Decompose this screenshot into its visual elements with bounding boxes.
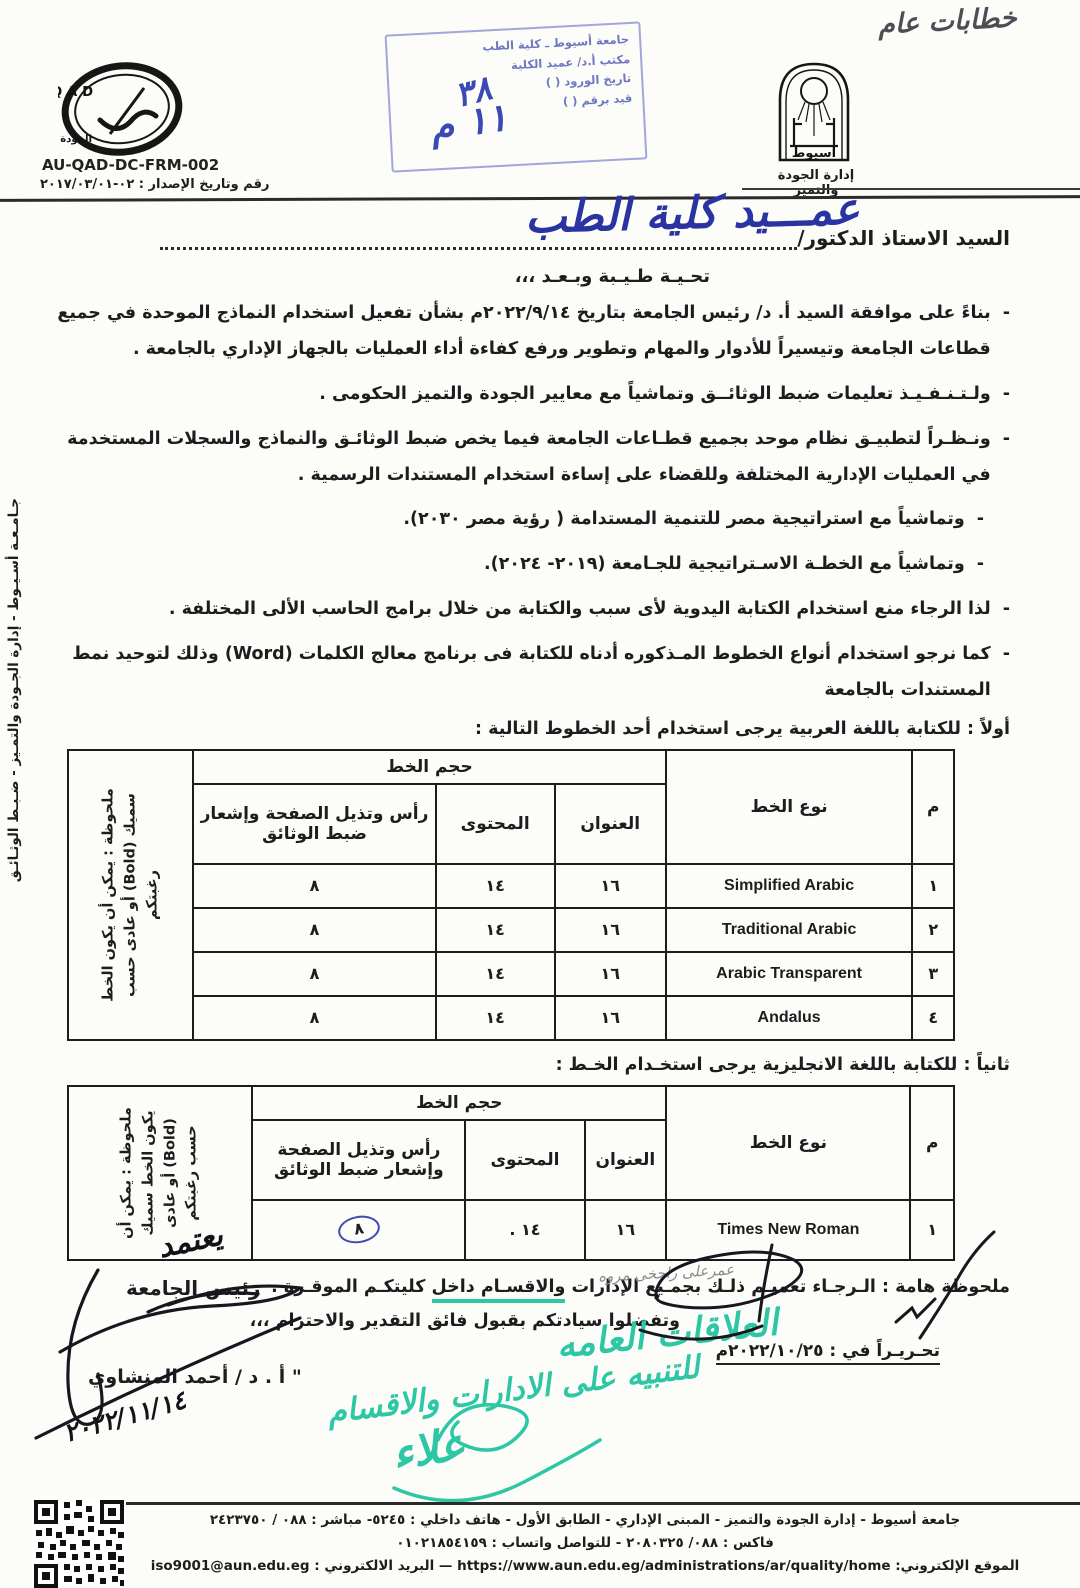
col-header-content: المحتوى [436,784,555,864]
col-header-font-size-group: حجم الخط [252,1086,666,1120]
col-header-no: م [910,1086,954,1200]
table-row: ٢ Traditional Arabic ١٦ ١٤ ٨ [68,908,954,952]
bullet-dash: - [977,502,984,538]
footer-web-line: الموقع الإلكتروني: https://www.aun.edu.e… [150,1558,1020,1574]
bullet-dash: - [1003,422,1010,494]
qr-code [32,1498,126,1588]
site-url: https://www.aun.edu.eg/administrations/a… [457,1558,890,1574]
footer-fax-line: فاكس : ٠٨٨/ ٢٠٨٠٣٢٥ - للتواصل واتساب : ٠… [150,1535,1020,1551]
col-header-font-size-group: حجم الخط [193,750,665,784]
bullet-text: بناءً على موافقة السيد أ. د/ رئيس الجامع… [40,296,991,368]
table-row: ٣ Arabic Transparent ١٦ ١٤ ٨ [68,952,954,996]
site-label: الموقع الإلكتروني: [895,1558,1019,1574]
arabic-fonts-table: م نوع الخط حجم الخط ملحوظة : يمكن أن يكو… [67,749,955,1041]
issued-date-line: تحـريـراً في : ٢٠٢٢/١٠/٢٥م [40,1341,940,1361]
bullet-text: وتماشياً مع استراتيجية مصر للتنمية المست… [403,502,964,538]
bullet-text: ونـظـراً لتطبيـق نظام موحد بجميع قطـاعات… [40,422,991,494]
bullet-text: لذا الرجاء منع استخدام الكتابة اليدوية ل… [169,592,991,628]
bullet-text: ولـتـنـفـيـذ تعليمات ضبط الوثائــق وتماش… [319,377,991,413]
col-header-content: المحتوى [465,1120,584,1200]
bullet-dash: - [1003,592,1010,628]
bullet-item: - لذا الرجاء منع استخدام الكتابة اليدوية… [40,592,1010,628]
bullet-item: - ونـظـراً لتطبيـق نظام موحد بجميع قطـاع… [40,422,1010,494]
email-address: iso9001@aun.edu.eg [151,1558,310,1574]
addressee-row: السيد الاستاذ الدكتور/ عمـــيد كلية الطب [40,204,1010,250]
addressee-handwritten: عمـــيد كلية الطب [525,184,861,244]
margin-vertical-text: جـامـعـة أسـيـوط - إدارة الجـودة والتمـي… [6,498,22,918]
greeting: تحـيـة طـيـبة وبـعـد ،،، [40,266,710,287]
col-header-header-footer: رأس وتذيل الصفحة وإشعار ضبط الوثائق [252,1120,465,1200]
issue-number-line: رقم وتاريخ الإصدار : ٠٢-٢٠١٧/٠٣/٠١ [40,177,269,192]
table-note-cell: ملحوظة : يمكن أن يكون الخط سميك (Bold) أ… [68,750,193,1040]
bullet-dash: - [1003,637,1010,709]
president-title: رئيس الجامعة [126,1276,261,1300]
handwritten-archive-note: خطابات عام [877,2,1017,40]
bullet-text: وتماشياً مع الخطـة الاسـتراتيجية للجـامع… [484,547,965,583]
bullet-item: - ولـتـنـفـيـذ تعليمات ضبط الوثائــق وتم… [40,377,1010,413]
bullet-item: - وتماشياً مع الخطـة الاسـتراتيجية للجـا… [40,547,984,583]
form-code: AU-QAD-DC-FRM-002 [42,156,219,174]
section-title-arabic-fonts: أولاً : للكتابة باللغة العربية يرجى استخ… [40,719,1010,739]
table-row: ١ Simplified Arabic ١٦ ١٤ ٨ [68,864,954,908]
scanned-letter-page: QAD الجودة والتميز AU-QAD-DC-FRM-002 رقم… [0,0,1080,1588]
bullet-text: كما نرجو استخدام أنواع الخطوط المـذكوره … [40,637,991,709]
university-logo: اسيوط [772,58,856,164]
letter-body: السيد الاستاذ الدكتور/ عمـــيد كلية الطب… [40,204,1010,1361]
university-logo-text: اسيوط [792,146,836,161]
teal-underlined-text: والاقسـام داخل [432,1277,566,1303]
col-header-font-type: نوع الخط [666,1086,910,1200]
table-note-text: ملحوظة : يمكن أن يكون الخط سميك (Bold) أ… [98,770,163,1020]
bullet-dash: - [1003,377,1010,413]
bullet-item: - وتماشياً مع استراتيجية مصر للتنمية الم… [40,502,984,538]
president-handwritten-date: ٢٠٢٢/١١/١٤ [60,1385,189,1448]
col-header-header-footer: رأس وتذيل الصفحة وإشعار ضبط الوثائق [193,784,435,864]
bullet-item: - بناءً على موافقة السيد أ. د/ رئيس الجا… [40,296,1010,368]
bullet-item: - كما نرجو استخدام أنواع الخطوط المـذكور… [40,637,1010,709]
circled-size-value: ٨ [336,1213,382,1247]
bullet-dash: - [977,547,984,583]
president-name: " أ . د / أحمد المنشاوي [88,1366,302,1388]
teal-note-line3: علاء [388,1419,468,1481]
qad-logo-subtext: الجودة والتميز [58,134,92,145]
svg-text:QAD: QAD [58,85,98,100]
email-label: — البريد الالكتروني : [314,1558,452,1574]
incoming-mail-stamp: جامعة أسيوط ـ كلية الطب مكتب أ.د/ عميد ا… [385,21,648,172]
section-title-english-font: ثانياً : للكتابة باللغة الانجليزية يرجى … [40,1055,1010,1075]
col-header-no: م [912,750,954,864]
col-header-font-type: نوع الخط [666,750,913,864]
table-row: ٤ Andalus ١٦ ١٤ ٨ [68,996,954,1040]
bullet-dash: - [1003,296,1010,368]
teal-note-line2: للتنبيه على الادارات والاقسام [325,1349,701,1430]
col-header-title: العنوان [555,784,666,864]
footer-divider [52,1502,1080,1505]
qad-logo: QAD الجودة والتميز [58,60,194,160]
footer-address-line: جامعة أسيوط - إدارة الجودة والتميز - الم… [150,1512,1020,1528]
col-header-title: العنوان [585,1120,667,1200]
footer: جامعة أسيوط - إدارة الجودة والتميز - الم… [150,1512,1020,1574]
